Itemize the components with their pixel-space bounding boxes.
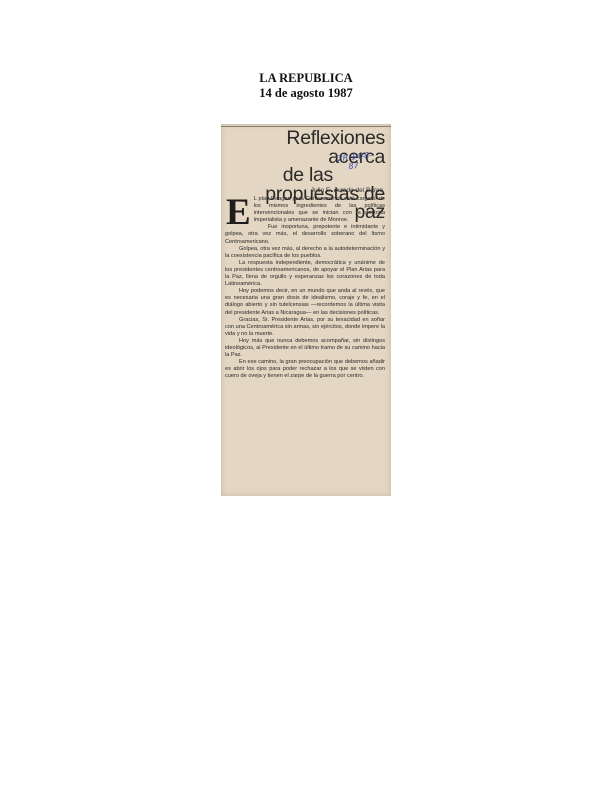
article-paragraph: Hoy más que nunca debemos acompañar, sin…: [225, 338, 385, 359]
article-paragraph: Gracias, Sr. Presidente Arias, por su te…: [225, 317, 385, 338]
article-paragraph: En ese camino, la gran preocupación que …: [225, 359, 385, 380]
document-header: LA REPUBLICA 14 de agosto 1987: [0, 71, 612, 101]
publication-date: 14 de agosto 1987: [0, 86, 612, 101]
article-paragraph: Golpea, otra vez más, al derecho a la au…: [225, 246, 385, 260]
article-paragraph: Hoy podemos decir, en un mundo que anda …: [225, 288, 385, 316]
article-byline: Julio E. Jurado del Barco: [311, 187, 383, 194]
article-paragraph: La respuesta independiente, democrática …: [225, 260, 385, 288]
drop-cap: E: [226, 198, 251, 228]
publication-name: LA REPUBLICA: [0, 71, 612, 86]
article-body: E L plan Reagan para Centroamérica está …: [225, 196, 385, 380]
newspaper-clipping: Reflexiones acerca de las propuestas de …: [221, 124, 391, 496]
headline-line-2: de las: [231, 166, 333, 185]
